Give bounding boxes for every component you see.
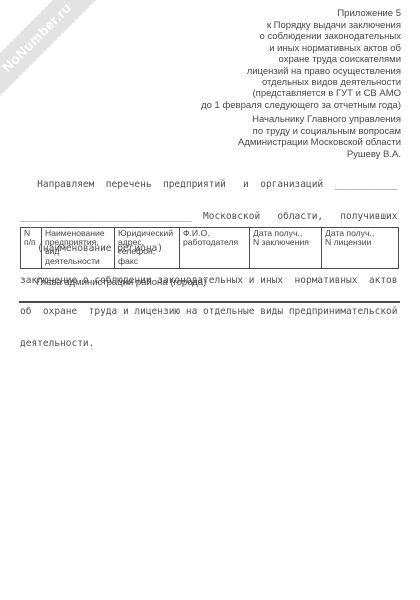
- appendix-line: отдельных видов деятельности: [247, 77, 401, 89]
- table-header-cell-address: Юридический адрес, телефон, факс: [115, 228, 180, 269]
- table-header-cell-number: N п/п: [21, 228, 42, 269]
- body-line: Направляем перечень предприятий и органи…: [20, 180, 398, 191]
- body-line: об охране труда и лицензию на отдельные …: [20, 307, 398, 318]
- body-line: ______________________________ Московско…: [20, 212, 398, 223]
- table-header-cell-license: Дата получ., N лицензии: [322, 228, 399, 269]
- appendix-line: о соблюдении законодательных: [247, 31, 401, 43]
- appendix-line: к Порядку выдачи заключения: [247, 20, 401, 32]
- table-header-cell-enterprise: Наименование предприятия, вид деятельнос…: [42, 228, 115, 269]
- appendix-line: Приложение 5: [247, 8, 401, 20]
- table-header-cell-conclusion: Дата получ., N заключения: [250, 228, 322, 269]
- bottom-divider: [19, 301, 400, 303]
- appendix-line: и иных нормативных актов об: [247, 43, 401, 55]
- addressee-line: по труду и социальным вопросам: [238, 126, 401, 138]
- appendix-reference-block: Приложение 5 к Порядку выдачи заключения…: [247, 8, 401, 89]
- appendix-line: охране труда соискателями: [247, 54, 401, 66]
- addressee-block: Начальнику Главного управления по труду …: [238, 114, 401, 160]
- addressee-line: Начальнику Главного управления: [238, 114, 401, 126]
- submission-note-block: (представляется в ГУТ и СВ АМО до 1 февр…: [201, 88, 401, 111]
- table-header-cell-employer: Ф.И.О. работодателя: [180, 228, 250, 269]
- watermark-text: NoNumber.ru: [0, 0, 74, 75]
- watermark-banner: NoNumber.ru: [0, 0, 105, 106]
- body-line: деятельности.: [20, 339, 398, 350]
- signature-line: Глава администрации района (города): [36, 277, 206, 288]
- submission-line: (представляется в ГУТ и СВ АМО: [201, 88, 401, 100]
- table-header-row: N п/п Наименование предприятия, вид деят…: [21, 228, 399, 269]
- appendix-line: лицензий на право осуществления: [247, 66, 401, 78]
- enterprise-list-table: N п/п Наименование предприятия, вид деят…: [20, 227, 399, 269]
- addressee-line: Администрации Московской области: [238, 137, 401, 149]
- document-page: NoNumber.ru Приложение 5 к Порядку выдач…: [0, 0, 420, 600]
- submission-line: до 1 февраля следующего за отчетным года…: [201, 100, 401, 112]
